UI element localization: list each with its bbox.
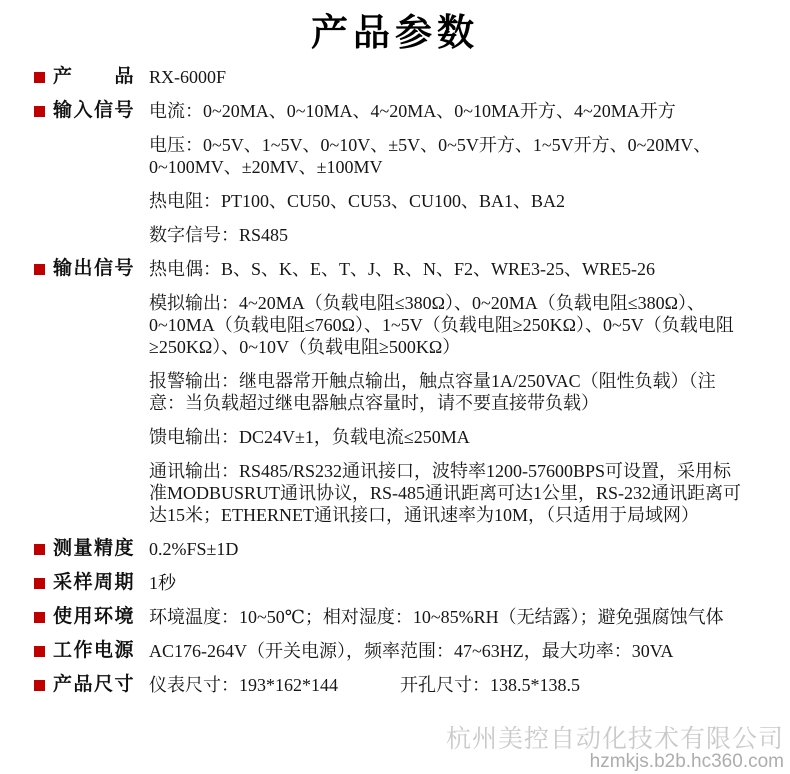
- page-title: 产品参数: [0, 12, 790, 54]
- spec-paragraph: 仪表尺寸：193*162*144: [149, 674, 338, 696]
- spec-row-sampling-period: 采样周期 1秒: [34, 572, 780, 594]
- spec-paragraph: 环境温度：10~50℃；相对湿度：10~85%RH（无结露）；避免强腐蚀气体: [149, 606, 745, 628]
- spec-label-input-signal: 输入信号: [53, 100, 143, 122]
- spec-paragraph: 通讯输出：RS485/RS232通讯接口，波特率1200-57600BPS可设置…: [149, 460, 745, 526]
- spec-paragraph: 报警输出：继电器常开触点输出，触点容量1A/250VAC（阻性负载）（注意：当负…: [149, 370, 745, 414]
- spec-paragraph: 热电偶：B、S、K、E、T、J、R、N、F2、WRE3-25、WRE5-26: [149, 258, 745, 280]
- spec-row-input-signal: 输入信号 电流：0~20MA、0~10MA、4~20MA、0~10MA开方、4~…: [34, 100, 780, 246]
- spec-value-product-model: RX-6000F: [149, 66, 745, 88]
- watermark-url: hzmkjs.b2b.hc360.com: [446, 752, 784, 772]
- spec-paragraph: 电压：0~5V、1~5V、0~10V、±5V、0~5V开方、1~5V开方、0~2…: [149, 134, 745, 178]
- spec-value-input-signal: 电流：0~20MA、0~10MA、4~20MA、0~10MA开方、4~20MA开…: [149, 100, 745, 246]
- spec-row-measure-accuracy: 测量精度 0.2%FS±1D: [34, 538, 780, 560]
- spec-label-product-model: 产 品: [53, 66, 143, 88]
- spec-label-operating-environment: 使用环境: [53, 606, 143, 628]
- spec-row-output-signal: 输出信号 热电偶：B、S、K、E、T、J、R、N、F2、WRE3-25、WRE5…: [34, 258, 780, 526]
- spec-value-power-supply: AC176-264V（开关电源），频率范围：47~63HZ，最大功率：30VA: [149, 640, 745, 662]
- spec-paragraph: 电流：0~20MA、0~10MA、4~20MA、0~10MA开方、4~20MA开…: [149, 100, 745, 122]
- spec-row-power-supply: 工作电源 AC176-264V（开关电源），频率范围：47~63HZ，最大功率：…: [34, 640, 780, 662]
- spec-paragraph: 开孔尺寸：138.5*138.5: [400, 674, 580, 696]
- spec-paragraph: 0.2%FS±1D: [149, 538, 745, 560]
- spec-paragraph: 模拟输出：4~20MA（负载电阻≤380Ω）、0~20MA（负载电阻≤380Ω）…: [149, 292, 745, 358]
- spec-row-operating-environment: 使用环境 环境温度：10~50℃；相对湿度：10~85%RH（无结露）；避免强腐…: [34, 606, 780, 628]
- red-square-bullet: [34, 680, 45, 691]
- spec-paragraph: 热电阻：PT100、CU50、CU53、CU100、BA1、BA2: [149, 190, 745, 212]
- spec-paragraph: 数字信号：RS485: [149, 224, 745, 246]
- spec-label-sampling-period: 采样周期: [53, 572, 143, 594]
- spec-label-product-dimensions: 产品尺寸: [53, 674, 143, 696]
- spec-paragraph: RX-6000F: [149, 66, 745, 88]
- red-square-bullet: [34, 646, 45, 657]
- product-parameters-panel: 产品参数 产 品 RX-6000F 输入信号 电流：0~20MA、0~10MA、…: [0, 0, 790, 774]
- spec-value-operating-environment: 环境温度：10~50℃；相对湿度：10~85%RH（无结露）；避免强腐蚀气体: [149, 606, 745, 628]
- red-square-bullet: [34, 264, 45, 275]
- red-square-bullet: [34, 72, 45, 83]
- spec-label-measure-accuracy: 测量精度: [53, 538, 143, 560]
- spec-value-output-signal: 热电偶：B、S、K、E、T、J、R、N、F2、WRE3-25、WRE5-26模拟…: [149, 258, 745, 526]
- red-square-bullet: [34, 612, 45, 623]
- spec-paragraph: AC176-264V（开关电源），频率范围：47~63HZ，最大功率：30VA: [149, 640, 745, 662]
- watermark-company: 杭州美控自动化技术有限公司: [446, 726, 784, 752]
- spec-rows: 产 品 RX-6000F 输入信号 电流：0~20MA、0~10MA、4~20M…: [0, 66, 790, 696]
- spec-row-product-dimensions: 产品尺寸 仪表尺寸：193*162*144开孔尺寸：138.5*138.5: [34, 674, 780, 696]
- red-square-bullet: [34, 544, 45, 555]
- watermark: 杭州美控自动化技术有限公司 hzmkjs.b2b.hc360.com: [446, 726, 784, 772]
- spec-label-output-signal: 输出信号: [53, 258, 143, 280]
- spec-label-power-supply: 工作电源: [53, 640, 143, 662]
- red-square-bullet: [34, 578, 45, 589]
- spec-value-sampling-period: 1秒: [149, 572, 745, 594]
- spec-value-measure-accuracy: 0.2%FS±1D: [149, 538, 745, 560]
- spec-paragraph: 1秒: [149, 572, 745, 594]
- red-square-bullet: [34, 106, 45, 117]
- spec-paragraph: 馈电输出：DC24V±1，负载电流≤250MA: [149, 426, 745, 448]
- spec-row-product-model: 产 品 RX-6000F: [34, 66, 780, 88]
- spec-value-product-dimensions: 仪表尺寸：193*162*144开孔尺寸：138.5*138.5: [149, 674, 745, 696]
